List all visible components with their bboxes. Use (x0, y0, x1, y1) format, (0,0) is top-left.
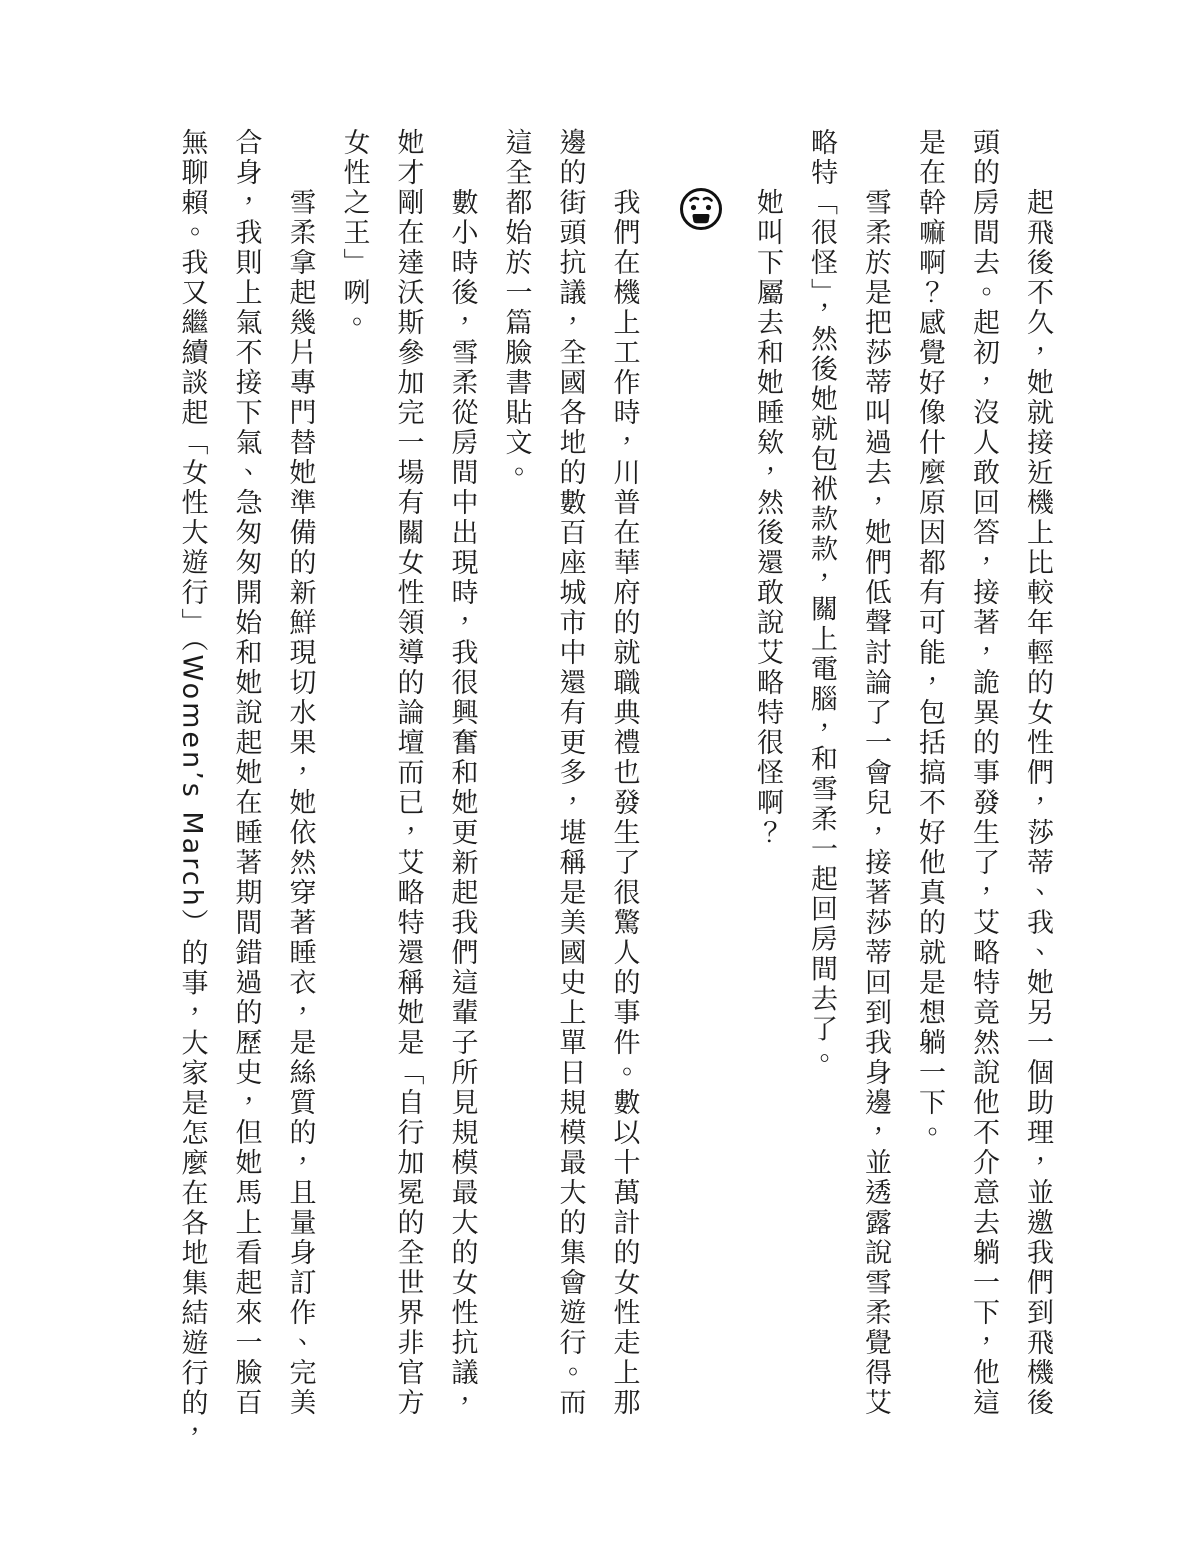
emoji-column (667, 128, 725, 1438)
text-column-12: 她才剛在達沃斯參加完一場有關女性領導的論壇而已，艾略特還稱她是「自行加冕的全世界… (381, 128, 435, 1438)
text-column-4: 雪柔於是把莎蒂叫過去，她們低聲討論了一會兒，接著莎蒂回到我身邊，並透露說雪柔覺得… (848, 128, 902, 1438)
text-column-16: 無聊賴。我又繼續談起「女性大遊行」（Women’s March）的事，大家是怎麼… (165, 128, 219, 1438)
text-column-11: 數小時後，雪柔從房間中出現時，我很興奮和她更新起我們這輩子所見規模最大的女性抗議… (435, 128, 489, 1438)
text-column-2: 頭的房間去。起初，沒人敢回答，接著，詭異的事發生了，艾略特竟然說他不介意去躺一下… (956, 128, 1010, 1438)
text-column-10: 這全都始於一篇臉書貼文。 (489, 128, 543, 1438)
text-column-3: 是在幹嘛啊？感覺好像什麼原因都有可能，包括搞不好他真的就是想躺一下。 (902, 128, 956, 1438)
text-column-9: 邊的街頭抗議，全國各地的數百座城市中還有更多，堪稱是美國史上單日規模最大的集會遊… (543, 128, 597, 1438)
text-column-14: 雪柔拿起幾片專門替她準備的新鮮現切水果，她依然穿著睡衣，是絲質的，且量身訂作、完… (273, 128, 327, 1438)
book-page: 起飛後不久，她就接近機上比較年輕的女性們，莎蒂、我、她另一個助理，並邀我們到飛機… (0, 0, 1200, 1553)
anguished-face-emoji (679, 186, 710, 232)
text-column-5: 略特「很怪」，然後她就包袱款款，關上電腦，和雪柔一起回房間去了。 (794, 128, 848, 1438)
text-column-1: 起飛後不久，她就接近機上比較年輕的女性們，莎蒂、我、她另一個助理，並邀我們到飛機… (1010, 128, 1064, 1438)
text-column-8: 我們在機上工作時，川普在華府的就職典禮也發生了很驚人的事件。數以十萬計的女性走上… (597, 128, 651, 1438)
text-column-15: 合身，我則上氣不接下氣、急匆匆開始和她說起她在睡著期間錯過的歷史，但她馬上看起來… (219, 128, 273, 1438)
vertical-body-text: 起飛後不久，她就接近機上比較年輕的女性們，莎蒂、我、她另一個助理，並邀我們到飛機… (165, 128, 1065, 1438)
text-column-13: 女性之王」咧。 (327, 128, 381, 1438)
text-column-6: 她叫下屬去和她睡欸，然後還敢說艾略特很怪啊？ (740, 128, 794, 1438)
